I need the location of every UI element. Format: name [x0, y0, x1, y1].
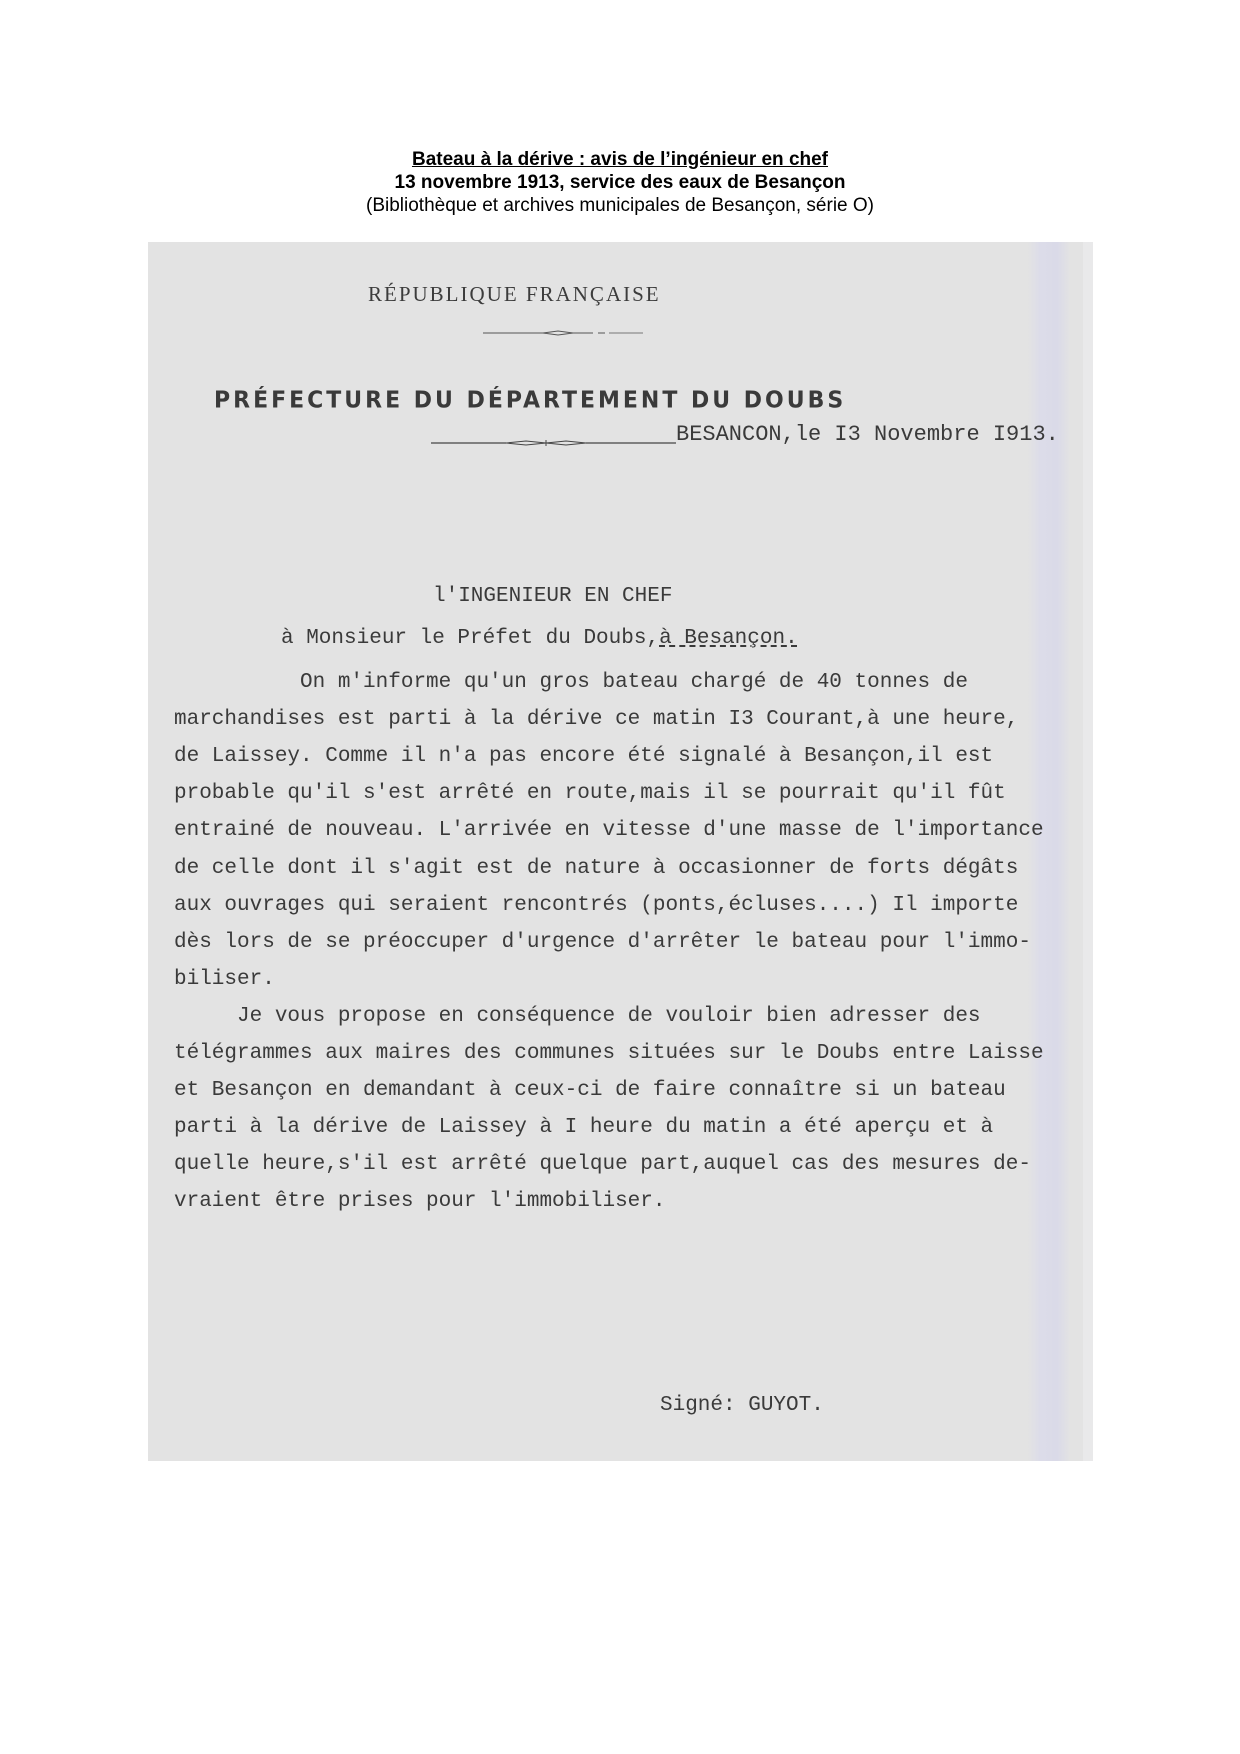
recipient-place: à Besançon. — [659, 627, 798, 650]
letter-recipient: à Monsieur le Préfet du Doubs,à Besançon… — [281, 627, 798, 650]
recipient-prefix: à Monsieur le Préfet du Doubs, — [281, 627, 659, 650]
scan-edge — [1083, 242, 1093, 1461]
letter-body-line: de celle dont il s'agit est de nature à … — [174, 850, 1018, 887]
letter-body-line: On m'informe qu'un gros bateau chargé de… — [174, 664, 968, 701]
letter-body-line: télégrammes aux maires des communes situ… — [174, 1035, 1044, 1072]
document-caption: Bateau à la dérive : avis de l’ingénieur… — [0, 148, 1240, 217]
letter-body-line: probable qu'il s'est arrêté en route,mai… — [174, 775, 1006, 812]
letter-sender: l'INGENIEUR EN CHEF — [433, 585, 672, 608]
letterhead-republic: RÉPUBLIQUE FRANÇAISE — [368, 282, 661, 307]
caption-title: Bateau à la dérive : avis de l’ingénieur… — [0, 148, 1240, 171]
letter-body-line: entrainé de nouveau. L'arrivée en vitess… — [174, 812, 1044, 849]
ornament-rule-icon — [431, 438, 676, 448]
letter-body-line: quelle heure,s'il est arrêté quelque par… — [174, 1146, 1031, 1183]
letter-dateline: BESANCON,le I3 Novembre I913. — [676, 422, 1059, 447]
caption-subtitle: 13 novembre 1913, service des eaux de Be… — [0, 171, 1240, 194]
letter-body-line: dès lors de se préoccuper d'urgence d'ar… — [174, 924, 1031, 961]
letter-body-line: aux ouvrages qui seraient rencontrés (po… — [174, 887, 1018, 924]
scanned-letter: RÉPUBLIQUE FRANÇAISE PRÉFECTURE DU DÉPAR… — [148, 242, 1093, 1461]
caption-source: (Bibliothèque et archives municipales de… — [0, 194, 1240, 217]
letter-body-line: et Besançon en demandant à ceux-ci de fa… — [174, 1072, 1006, 1109]
ornament-divider-icon — [483, 330, 643, 336]
letter-body-line: vraient être prises pour l'immobiliser. — [174, 1183, 665, 1220]
letter-body-line: de Laissey. Comme il n'a pas encore été … — [174, 738, 993, 775]
letterhead-prefecture: PRÉFECTURE DU DÉPARTEMENT DU DOUBS — [214, 387, 846, 413]
letter-body-line: Je vous propose en conséquence de vouloi… — [174, 998, 981, 1035]
letter-signature: Signé: GUYOT. — [660, 1394, 824, 1417]
letter-body-line: parti à la dérive de Laissey à I heure d… — [174, 1109, 993, 1146]
letter-body-line: biliser. — [174, 961, 275, 998]
letter-body-line: marchandises est parti à la dérive ce ma… — [174, 701, 1018, 738]
